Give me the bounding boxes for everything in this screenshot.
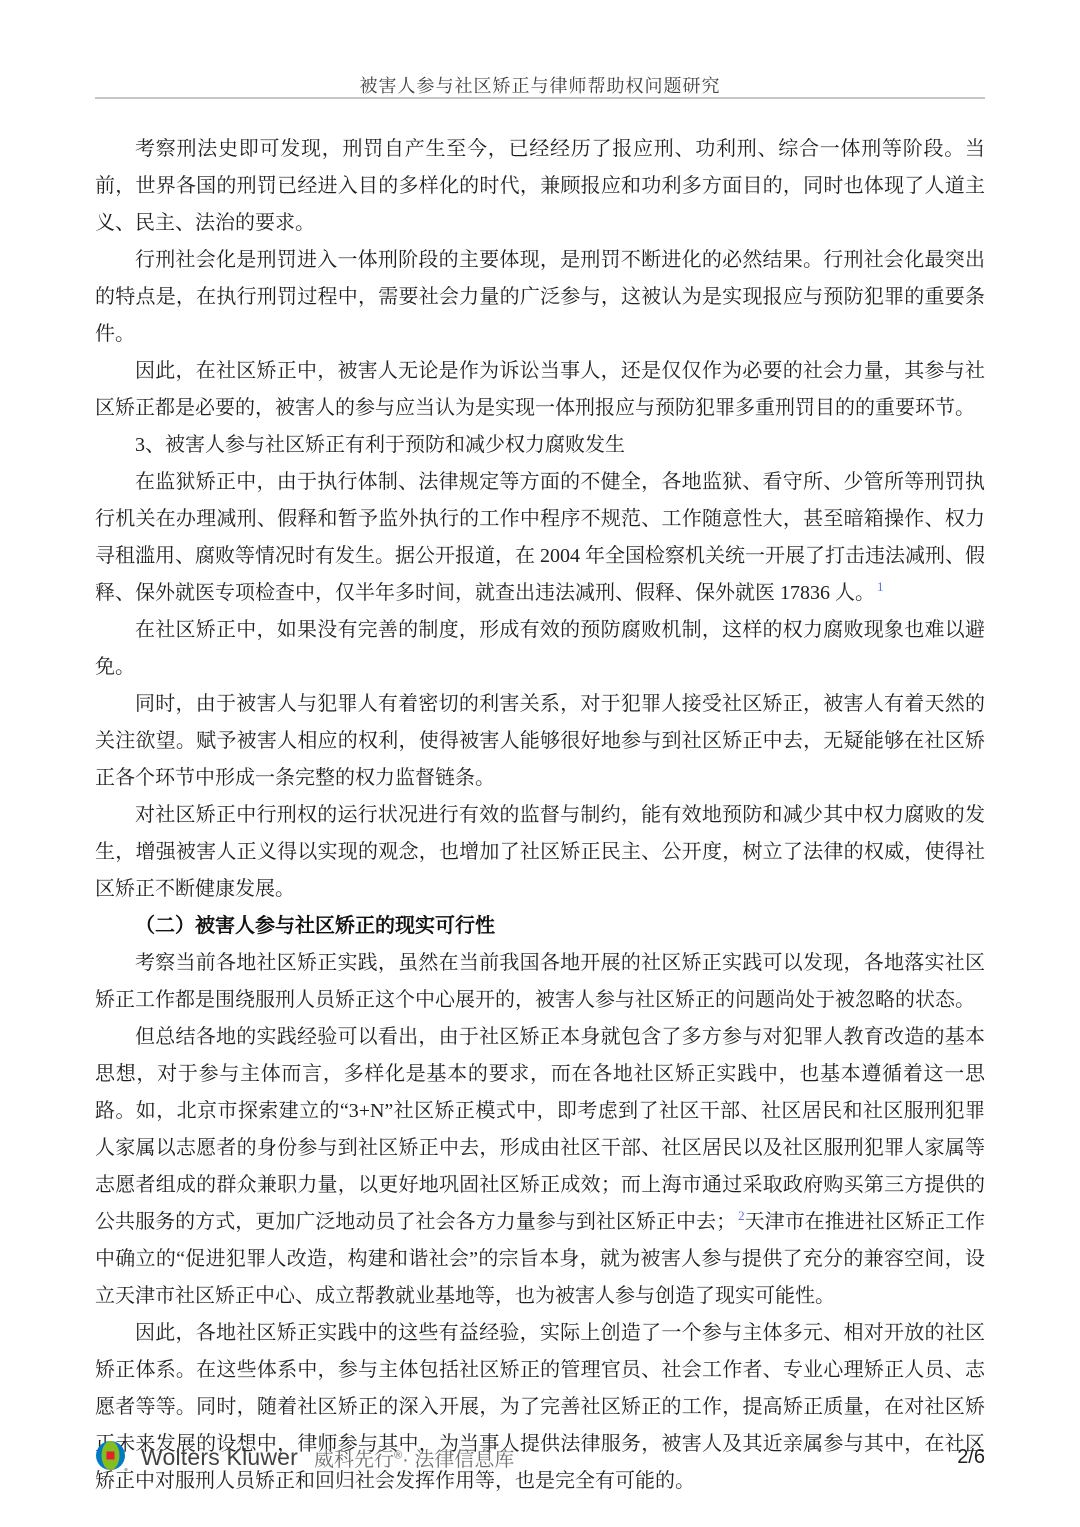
page-footer: Wolters Kluwer 威科先行®· 法律信息库 2/6 bbox=[95, 1440, 985, 1474]
product-name-prefix: 威科先行 bbox=[314, 1449, 394, 1471]
paragraph: 行刑社会化是刑罚进入一体刑阶段的主要体现，是刑罚不断进化的必然结果。行刑社会化最… bbox=[95, 242, 985, 353]
product-name-separator: · bbox=[402, 1449, 409, 1471]
paragraph: 对社区矫正中行刑权的运行状况进行有效的监督与制约，能有效地预防和减少其中权力腐败… bbox=[95, 797, 985, 908]
brand-name: Wolters Kluwer bbox=[141, 1444, 298, 1471]
product-name-suffix: 法律信息库 bbox=[409, 1449, 515, 1471]
paragraph: 但总结各地的实践经验可以看出，由于社区矫正本身就包含了多方参与对犯罪人教育改造的… bbox=[95, 1019, 985, 1315]
page-number: 2/6 bbox=[957, 1446, 985, 1469]
paragraph: 考察当前各地社区矫正实践，虽然在当前我国各地开展的社区矫正实践可以发现，各地落实… bbox=[95, 945, 985, 1019]
paragraph: 3、被害人参与社区矫正有利于预防和减少权力腐败发生 bbox=[95, 427, 985, 464]
document-body: 考察刑法史即可发现，刑罚自产生至今，已经经历了报应刑、功利刑、综合一体刑等阶段。… bbox=[95, 131, 985, 1500]
paragraph: 在社区矫正中，如果没有完善的制度，形成有效的预防腐败机制，这样的权力腐败现象也难… bbox=[95, 612, 985, 686]
footer-branding: Wolters Kluwer 威科先行®· 法律信息库 bbox=[95, 1440, 514, 1474]
document-header-title: 被害人参与社区矫正与律师帮助权问题研究 bbox=[95, 72, 985, 98]
product-name: 威科先行®· 法律信息库 bbox=[314, 1443, 514, 1472]
paragraph: 考察刑法史即可发现，刑罚自产生至今，已经经历了报应刑、功利刑、综合一体刑等阶段。… bbox=[95, 131, 985, 242]
registered-trademark-symbol: ® bbox=[394, 1449, 402, 1461]
paragraph: 同时，由于被害人与犯罪人有着密切的利害关系，对于犯罪人接受社区矫正，被害人有着天… bbox=[95, 686, 985, 797]
paragraph: 在监狱矫正中，由于执行体制、法律规定等方面的不健全，各地监狱、看守所、少管所等刑… bbox=[95, 464, 985, 612]
footnote-ref[interactable]: 1 bbox=[875, 579, 884, 594]
header-divider bbox=[95, 97, 985, 99]
wolters-kluwer-logo-icon bbox=[95, 1440, 129, 1474]
section-heading: （二）被害人参与社区矫正的现实可行性 bbox=[95, 908, 985, 945]
footnote-ref[interactable]: 2 bbox=[736, 1208, 745, 1223]
paragraph: 因此，在社区矫正中，被害人无论是作为诉讼当事人，还是仅仅作为必要的社会力量，其参… bbox=[95, 353, 985, 427]
document-page: 被害人参与社区矫正与律师帮助权问题研究 考察刑法史即可发现，刑罚自产生至今，已经… bbox=[0, 0, 1080, 1527]
